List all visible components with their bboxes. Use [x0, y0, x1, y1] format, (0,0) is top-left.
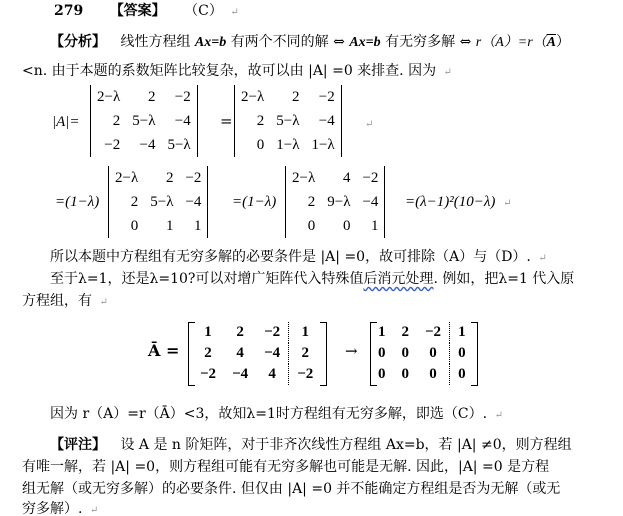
paragraph-mark: ↵	[503, 198, 511, 209]
matrix-cell: −4	[179, 190, 207, 214]
analysis-text: 有无穷多解	[385, 34, 455, 50]
paragraph-mark-line: ↵	[362, 114, 373, 134]
paragraph-mark: ↵	[444, 67, 452, 78]
matrix-cell: −4	[356, 190, 384, 214]
comment-line-3: 组无解（或无穷多解）的必要条件. 但仅由 |A| =0 并不能确定方程组是否为无…	[22, 480, 560, 498]
augmented-matrix-right: 12−2100000000	[370, 322, 474, 385]
determinant-1: 2−λ2−225−λ−4−2−45−λ	[90, 85, 198, 157]
determinant-2: 2−λ2−225−λ−401−λ1−λ	[234, 85, 342, 157]
comment-text: 组无解（或无穷多解）的必要条件. 但仅由 |A| =0 并不能确定方程组是否为无…	[22, 481, 560, 497]
matrix-cell: 0	[394, 364, 418, 385]
matrix-row: 2−λ2−2	[91, 85, 197, 109]
matrix-cell: 2−λ	[91, 85, 126, 109]
matrix-cell: −2	[179, 166, 207, 190]
matrix-row: 12−21	[370, 322, 474, 343]
matrix-cell: 5−λ	[144, 190, 179, 214]
matrix-cell: 1	[289, 322, 322, 343]
paragraph-1: 所以本题中方程组有无穷多解的必要条件是 |A| =0，故可排除（A）与（D）. …	[50, 248, 547, 268]
para-text: 所以本题中方程组有无穷多解的必要条件是 |A| =0，故可排除（A）与（D）.	[50, 249, 531, 265]
matrix-cell: −4	[305, 109, 340, 133]
matrix-row: 2−λ2−2	[109, 166, 207, 190]
a-bar-label: Ā =	[148, 341, 179, 360]
matrix-row: 25−λ−4	[91, 109, 197, 133]
comment-label: 【评注】	[50, 437, 106, 453]
matrix-row: 25−λ−4	[109, 190, 207, 214]
analysis-line-2: <n. 由于本题的系数矩阵比较复杂，故可以由 |A| =0 来排查. 因为 ↵	[22, 62, 452, 82]
factor-text: =(1−λ)	[55, 194, 99, 210]
matrix-cell: 0	[109, 214, 144, 238]
matrix-cell: 2	[224, 322, 256, 343]
analysis-label: 【分析】	[50, 34, 106, 50]
matrix-row: 01−λ1−λ	[235, 133, 341, 157]
factor-text: =(1−λ)	[232, 194, 276, 210]
matrix-row: −2−44−2	[192, 364, 321, 385]
analysis-text: <n. 由于本题的系数矩阵比较复杂，故可以由 |A| =0 来排查. 因为	[22, 63, 436, 79]
matrix-cell: −2	[289, 364, 322, 385]
matrix-cell: 1	[179, 214, 207, 238]
matrix-cell: 2	[286, 190, 321, 214]
matrix-cell: 0	[321, 214, 356, 238]
right-bracket	[320, 322, 327, 386]
matrix-cell: 0	[235, 133, 270, 157]
det2-prefix-2: =(1−λ)	[232, 192, 276, 211]
matrix-row: 011	[109, 214, 207, 238]
matrix-cell: −2	[161, 85, 196, 109]
paragraph-mark: ↵	[230, 7, 238, 18]
matrix-cell: 0	[417, 364, 450, 385]
matrix-cell: 1−λ	[305, 133, 340, 157]
left-bracket	[188, 322, 195, 386]
answer-label: 【答案】	[110, 3, 166, 19]
paragraph-mark: ↵	[90, 505, 98, 516]
paragraph-mark: ↵	[365, 119, 373, 130]
matrix-cell: −4	[161, 109, 196, 133]
matrix-cell: 5−λ	[270, 109, 305, 133]
equation-axb: Ax=b	[195, 35, 226, 50]
equation-axb: Ax=b	[349, 35, 380, 50]
comment-line-1: 【评注】 设 A 是 n 阶矩阵，对于非齐次线性方程组 Ax=b，若 |A| ≠…	[50, 436, 572, 454]
matrix-cell: 1	[192, 322, 224, 343]
matrix-cell: −2	[256, 322, 289, 343]
matrix-cell: 1−λ	[270, 133, 305, 157]
matrix-cell: −4	[256, 343, 289, 364]
matrix-row: 12−21	[192, 322, 321, 343]
matrix-cell: −2	[417, 322, 450, 343]
augmented-lhs: Ā =	[148, 342, 179, 360]
matrix-cell: 4	[321, 166, 356, 190]
matrix-cell: 2−λ	[235, 85, 270, 109]
analysis-text: 有两个不同的解	[231, 34, 329, 50]
close-paren: ）	[556, 34, 570, 50]
matrix-cell: 0	[394, 343, 418, 364]
matrix-cell: −2	[305, 85, 340, 109]
det-equals: =	[220, 112, 233, 130]
analysis-line-1: 【分析】 线性方程组 Ax=b 有两个不同的解 ⇔ Ax=b 有无穷多解 ⇔ r…	[50, 33, 570, 52]
matrix-row: 0000	[370, 343, 474, 364]
paragraph-2: 至于λ=1，还是λ=10?可以对增广矩阵代入特殊值后消元处理. 例如，把λ=1 …	[50, 270, 574, 288]
left-bracket	[370, 322, 377, 386]
iff-symbol: ⇔	[333, 34, 345, 50]
spellcheck-underline-text: 后消元处理	[363, 271, 433, 287]
matrix-cell: −2	[91, 133, 126, 157]
matrix-row: 0000	[370, 364, 474, 385]
problem-number: 279	[54, 3, 83, 19]
matrix-cell: 2	[126, 85, 161, 109]
matrix-cell: 2	[192, 343, 224, 364]
matrix-row: 24−42	[192, 343, 321, 364]
matrix-cell: 2	[270, 85, 305, 109]
result-text: =(λ−1)²(10−λ)	[405, 194, 495, 210]
para-text: 方程组，有	[22, 293, 92, 309]
det-lhs-text: |A|=	[52, 114, 80, 130]
comment-text: 有唯一解，若 |A| =0，则方程组可能有无穷多解也可能是无解. 因此，|A| …	[22, 459, 549, 475]
matrix-cell: 2	[235, 109, 270, 133]
matrix-cell: 5−λ	[126, 109, 161, 133]
matrix-cell: −4	[126, 133, 161, 157]
matrix-cell: −2	[192, 364, 224, 385]
para-text: 至于λ=1，还是λ=10?可以对增广矩阵代入特殊值	[50, 271, 363, 287]
equals-sign: =	[220, 112, 233, 130]
a-bar: A	[547, 35, 556, 50]
matrix-cell: 2−λ	[286, 166, 321, 190]
iff-symbol: ⇔	[460, 34, 472, 50]
matrix-cell: 1	[356, 214, 384, 238]
det2-result: =(λ−1)²(10−λ) ↵	[405, 192, 512, 213]
determinant-3: 2−λ2−225−λ−4011	[108, 166, 208, 238]
comment-text: 穷多解）.	[22, 501, 82, 516]
matrix-row: 2−λ4−2	[286, 166, 384, 190]
matrix-cell: 2	[109, 190, 144, 214]
paragraph-3: 因为 r（A）=r（Ā）<3，故知λ=1时方程组有无穷多解，即选（C）. ↵	[50, 405, 503, 425]
det2-prefix-1: =(1−λ)	[55, 192, 99, 211]
matrix-cell: 2	[91, 109, 126, 133]
arrow-icon: →	[345, 342, 358, 360]
arrow: →	[345, 342, 358, 360]
matrix-cell: 0	[417, 343, 450, 364]
matrix-row: 25−λ−4	[235, 109, 341, 133]
paragraph-2-cont: 方程组，有 ↵	[22, 292, 108, 312]
matrix-row: 29−λ−4	[286, 190, 384, 214]
matrix-cell: 2−λ	[109, 166, 144, 190]
determinant-4: 2−λ4−229−λ−4001	[285, 166, 385, 238]
comment-line-4: 穷多解）. ↵	[22, 500, 98, 516]
augmented-matrix-left: 12−2124−42−2−44−2	[188, 322, 321, 385]
matrix-cell: 0	[286, 214, 321, 238]
matrix-cell: 4	[256, 364, 289, 385]
det-lhs: |A|=	[52, 112, 80, 131]
matrix-row: −2−45−λ	[91, 133, 197, 157]
comment-text: 设 A 是 n 阶矩阵，对于非齐次线性方程组 Ax=b，若 |A| ≠0，则方程…	[120, 437, 571, 453]
matrix-cell: 5−λ	[161, 133, 196, 157]
paragraph-mark: ↵	[538, 253, 546, 264]
matrix-cell: −2	[356, 166, 384, 190]
para-text: 因为 r（A）=r（Ā）<3，故知λ=1时方程组有无穷多解，即选（C）.	[50, 406, 487, 422]
answer-value: （C）	[184, 3, 223, 19]
matrix-cell: 2	[144, 166, 179, 190]
para-text: . 例如，把λ=1 代入原	[433, 271, 574, 287]
rank-equation: r（A）=r（	[476, 35, 547, 50]
matrix-row: 001	[286, 214, 384, 238]
matrix-cell: 9−λ	[321, 190, 356, 214]
header-line: 279 【答案】 （C） ↵	[54, 2, 239, 22]
right-bracket	[471, 322, 478, 386]
comment-line-2: 有唯一解，若 |A| =0，则方程组可能有无穷多解也可能是无解. 因此，|A| …	[22, 458, 549, 476]
matrix-cell: 4	[224, 343, 256, 364]
paragraph-mark: ↵	[99, 297, 107, 308]
analysis-text: 线性方程组	[120, 34, 190, 50]
matrix-cell: −4	[224, 364, 256, 385]
matrix-cell: 2	[289, 343, 322, 364]
matrix-cell: 1	[144, 214, 179, 238]
matrix-cell: 2	[394, 322, 418, 343]
matrix-row: 2−λ2−2	[235, 85, 341, 109]
paragraph-mark: ↵	[495, 410, 503, 421]
